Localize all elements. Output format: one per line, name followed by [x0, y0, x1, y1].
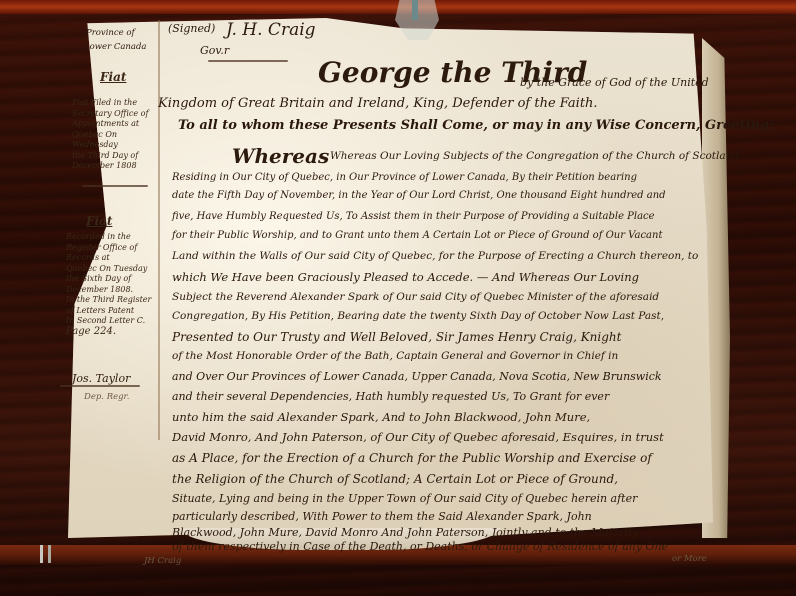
- body-line: as A Place, for the Erection of a Church…: [172, 451, 652, 465]
- margin-middle-line: In the Third Register: [66, 295, 152, 306]
- margin-middle-line: of Letters Patent: [66, 306, 152, 317]
- body-line: of the Most Honorable Order of the Bath,…: [172, 350, 618, 362]
- body-line: the Religion of the Church of Scotland; …: [172, 472, 618, 486]
- body-line: David Monro, And John Paterson, of Our C…: [172, 430, 664, 444]
- body-line: Blackwood, John Mure, David Monro And Jo…: [172, 526, 639, 539]
- metal-rods: [40, 545, 43, 563]
- margin-top-line: Quebec On Wednesday: [72, 130, 158, 151]
- body-line: which We Have been Graciously Pleased to…: [172, 270, 639, 284]
- margin-middle-line: Register Office of: [66, 243, 152, 254]
- margin-registrar-signature: Jos. Taylor: [72, 372, 130, 385]
- margin-middle-note: Recorded in the Register Office of Recor…: [66, 232, 152, 337]
- body-line: Congregation, By His Petition, Bearing d…: [172, 310, 664, 322]
- body-line: Presented to Our Trusty and Well Beloved…: [172, 330, 621, 344]
- margin-middle-line: In Second Letter C.: [66, 316, 152, 327]
- body-line: for their Public Worship, and to Grant u…: [172, 230, 662, 241]
- body-line: of them respectively in Case of the Deat…: [172, 540, 668, 553]
- margin-top-line: Fiat Filed in the: [72, 98, 158, 109]
- margin-middle-line: the Sixth Day of: [66, 274, 152, 285]
- governor-title: Gov.r: [200, 44, 229, 57]
- body-line: Residing in Our City of Quebec, in Our P…: [172, 172, 637, 183]
- body-line: Land within the Walls of Our said City o…: [172, 250, 698, 262]
- margin-top-line: Appointments at: [72, 119, 158, 130]
- margin-province-line2: Lower Canada: [84, 42, 146, 53]
- margin-fiat-heading-top: Fiat: [100, 70, 126, 84]
- body-line-greeting: To all to whom these Presents Shall Come…: [178, 118, 774, 133]
- margin-signature-flourish: [82, 185, 148, 187]
- body-line: and Over Our Provinces of Lower Canada, …: [172, 370, 662, 383]
- body-line-closing: or More: [672, 554, 707, 565]
- governor-signature: J. H. Craig: [226, 20, 316, 40]
- body-line: Kingdom of Great Britain and Ireland, Ki…: [158, 96, 598, 111]
- body-line: Subject the Reverend Alexander Spark of …: [172, 291, 659, 303]
- body-line: by the Grace of God of the United: [520, 76, 709, 89]
- margin-middle-line: December 1808.: [66, 285, 152, 296]
- whereas-heading: Whereas: [232, 144, 329, 168]
- margin-top-line: Secretary Office of: [72, 109, 158, 120]
- body-line: particularly described, With Power to th…: [172, 510, 592, 523]
- body-line: and their several Dependencies, Hath hum…: [172, 390, 609, 403]
- margin-province-line1: Province of: [86, 28, 135, 39]
- margin-fiat-heading-middle: Fiat: [86, 214, 112, 228]
- body-line: unto him the said Alexander Spark, And t…: [172, 410, 590, 424]
- body-line: Situate, Lying and being in the Upper To…: [172, 492, 637, 505]
- margin-middle-line: Recorded in the: [66, 232, 152, 243]
- body-line: date the Fifth Day of November, in the Y…: [172, 190, 666, 201]
- margin-top-note: Fiat Filed in the Secretary Office of Ap…: [72, 98, 158, 172]
- body-line: five, Have Humbly Requested Us, To Assis…: [172, 211, 655, 222]
- signed-label: (Signed): [168, 22, 215, 35]
- footer-note: JH Craig: [144, 556, 181, 567]
- margin-registrar-title: Dep. Regr.: [84, 392, 129, 403]
- governor-signature-flourish: [208, 60, 288, 62]
- body-line: Whereas Our Loving Subjects of the Congr…: [330, 150, 739, 162]
- margin-middle-line: Page 224.: [66, 327, 152, 338]
- margin-top-line: the Third Day of: [72, 151, 158, 162]
- margin-middle-line: Records at: [66, 253, 152, 264]
- margin-middle-line: Quebec On Tuesday: [66, 264, 152, 275]
- margin-rule-line: [158, 20, 160, 440]
- registrar-signature-flourish: [60, 385, 140, 387]
- clip-pin: [412, 0, 418, 20]
- margin-top-line: December 1808: [72, 161, 158, 172]
